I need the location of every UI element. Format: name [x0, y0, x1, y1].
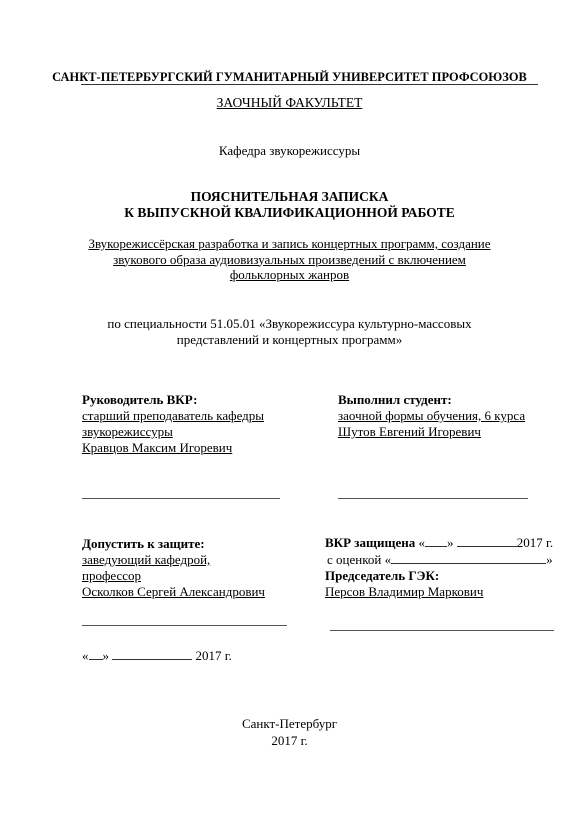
- topic-line-3: фольклорных жанров: [230, 267, 349, 282]
- university-name: САНКТ-ПЕТЕРБУРГСКИЙ ГУМАНИТАРНЫЙ УНИВЕРС…: [0, 70, 579, 85]
- admission-block: Допустить к защите: заведующий кафедрой,…: [82, 536, 265, 600]
- defense-date-row: ВКР защищена «» 2017 г.: [325, 534, 565, 551]
- specialty-line-2: представлений и концертных программ»: [0, 332, 579, 348]
- student-name: Шутов Евгений Игоревич: [338, 424, 481, 439]
- supervisor-heading: Руководитель ВКР:: [82, 392, 264, 408]
- admission-signature-line: [82, 625, 287, 626]
- defense-date-close-quote: »: [447, 535, 454, 550]
- defense-date-year: 2017 г.: [517, 535, 553, 550]
- defense-block: ВКР защищена «» 2017 г. с оценкой «» Пре…: [325, 534, 565, 600]
- supervisor-name: Кравцов Максим Игоревич: [82, 440, 232, 455]
- admission-day-blank: [89, 647, 103, 660]
- admission-date-year: 2017 г.: [196, 648, 232, 663]
- admission-name: Осколков Сергей Александрович: [82, 584, 265, 599]
- document-title: ПОЯСНИТЕЛЬНАЯ ЗАПИСКА К ВЫПУСКНОЙ КВАЛИФ…: [0, 189, 579, 221]
- grade-close-quote: »: [546, 552, 553, 567]
- student-block: Выполнил студент: заочной формы обучения…: [338, 392, 525, 440]
- supervisor-position-2: звукорежиссуры: [82, 424, 173, 439]
- faculty-text: ЗАОЧНЫЙ ФАКУЛЬТЕТ: [217, 95, 363, 110]
- topic-line-1: Звукорежиссёрская разработка и запись ко…: [88, 236, 490, 251]
- footer-city: Санкт-Петербург: [0, 715, 579, 732]
- chair-name: Персов Владимир Маркович: [325, 584, 483, 599]
- admission-heading: Допустить к защите:: [82, 536, 265, 552]
- footer: Санкт-Петербург 2017 г.: [0, 715, 579, 749]
- admission-month-blank: [112, 647, 192, 660]
- admission-position-1: заведующий кафедрой,: [82, 552, 210, 567]
- faculty-name: ЗАОЧНЫЙ ФАКУЛЬТЕТ: [0, 95, 579, 111]
- student-heading: Выполнил студент:: [338, 392, 525, 408]
- specialty: по специальности 51.05.01 «Звукорежиссур…: [0, 316, 579, 347]
- topic-line-2: звукового образа аудиовизуальных произве…: [113, 252, 466, 267]
- admission-date: «» 2017 г.: [82, 647, 232, 664]
- defense-day-blank: [425, 534, 447, 547]
- defense-month-blank: [457, 534, 517, 547]
- student-signature-line: [338, 498, 528, 499]
- chair-heading: Председатель ГЭК:: [325, 568, 565, 584]
- admission-position-2: профессор: [82, 568, 141, 583]
- department-name: Кафедра звукорежиссуры: [0, 143, 579, 159]
- title-line-1: ПОЯСНИТЕЛЬНАЯ ЗАПИСКА: [0, 189, 579, 205]
- grade-blank: [391, 551, 546, 564]
- grade-label: с оценкой «: [327, 552, 391, 567]
- supervisor-signature-line: [82, 498, 280, 499]
- supervisor-position-1: старший преподаватель кафедры: [82, 408, 264, 423]
- student-info: заочной формы обучения, 6 курса: [338, 408, 525, 423]
- supervisor-block: Руководитель ВКР: старший преподаватель …: [82, 392, 264, 456]
- header-divider: [81, 84, 538, 85]
- defense-heading: ВКР защищена: [325, 535, 415, 550]
- specialty-line-1: по специальности 51.05.01 «Звукорежиссур…: [0, 316, 579, 332]
- thesis-topic: Звукорежиссёрская разработка и запись ко…: [0, 236, 579, 283]
- footer-year: 2017 г.: [0, 732, 579, 749]
- defense-grade-row: с оценкой «»: [325, 551, 565, 568]
- admission-date-close-quote: »: [103, 648, 110, 663]
- chair-signature-line: [330, 630, 554, 631]
- title-line-2: К ВЫПУСКНОЙ КВАЛИФИКАЦИОННОЙ РАБОТЕ: [0, 205, 579, 221]
